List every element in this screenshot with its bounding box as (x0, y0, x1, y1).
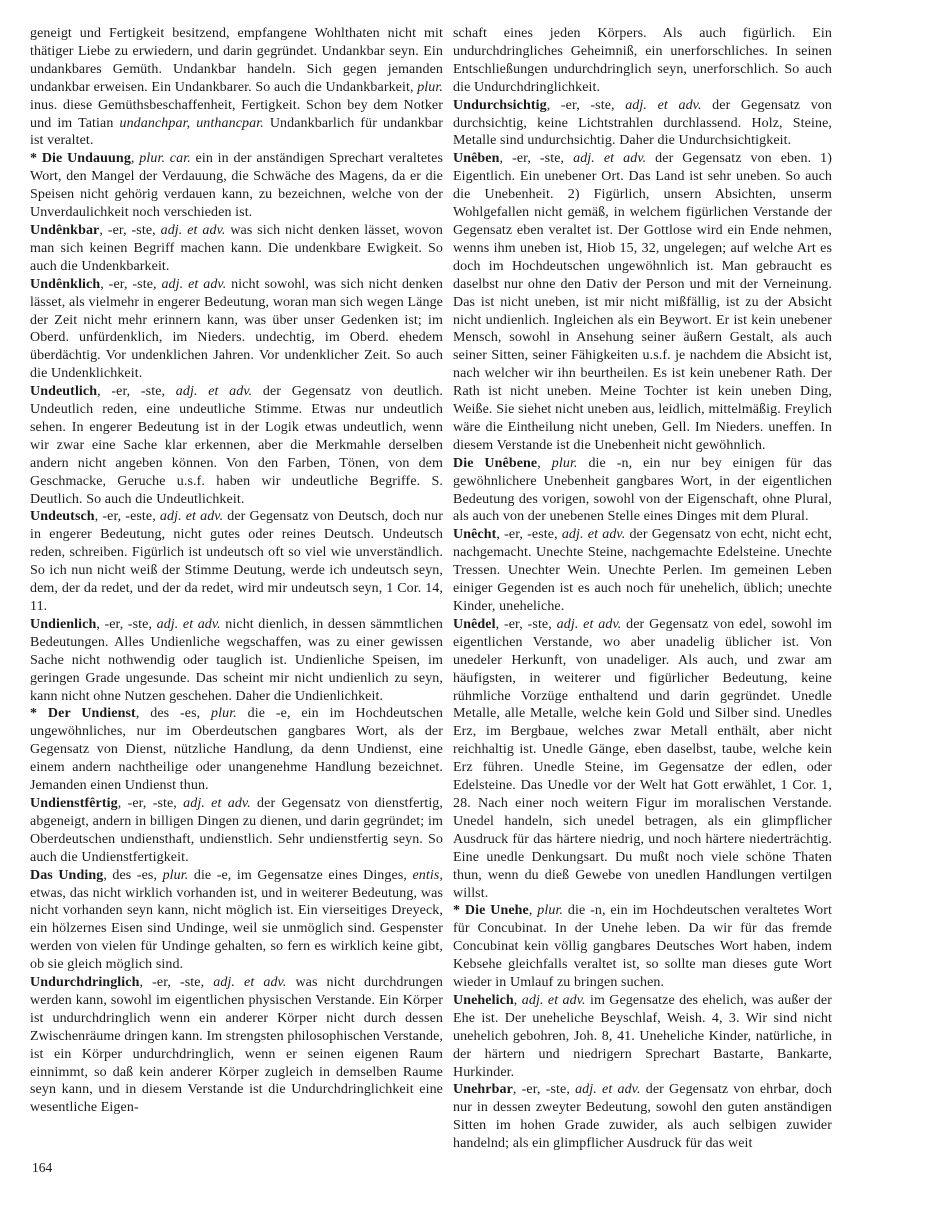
dictionary-entry: Undienlich, -er, -ste, adj. et adv. nich… (30, 616, 443, 706)
headword: Undeutlich (30, 384, 97, 399)
grammar-label: adj. et adv. (176, 384, 252, 399)
headword: * Die Undauung (30, 151, 131, 166)
headword: Unêdel (453, 617, 496, 632)
headword: Undeutsch (30, 509, 95, 524)
dictionary-entry: Undênklich, -er, -ste, adj. et adv. nich… (30, 276, 443, 383)
dictionary-entry: geneigt und Fertigkeit besitzend, empfan… (30, 25, 443, 150)
entry-text: , (537, 456, 552, 471)
entry-text: , -er, -este, (496, 527, 561, 542)
entry-text: was nicht durchdrungen werden kann, sowo… (30, 975, 443, 1115)
headword: * Die Unehe (453, 903, 529, 918)
headword: Undienlich (30, 617, 96, 632)
grammar-label: plur. (537, 903, 563, 918)
dictionary-entry: Unêdel, -er, -ste, adj. et adv. der Gege… (453, 616, 832, 903)
headword: Unêben (453, 151, 500, 166)
entry-text: , des -es, (136, 706, 211, 721)
entry-text: , -er, -ste, (96, 617, 156, 632)
grammar-label: plur. car. (139, 151, 191, 166)
grammar-label: adj. et adv. (575, 1082, 640, 1097)
dictionary-entry: Unehrbar, -er, -ste, adj. et adv. der Ge… (453, 1081, 832, 1153)
grammar-label: adj. et adv. (573, 151, 646, 166)
dictionary-entry: Unêcht, -er, -este, adj. et adv. der Geg… (453, 526, 832, 616)
entry-text: der Gegensatz von deutlich. Undeutlich r… (30, 384, 443, 506)
grammar-label: entis, (412, 868, 443, 883)
entry-text: , -er, -ste, (100, 277, 161, 292)
grammar-label: adj. et adv. (157, 617, 221, 632)
headword: Das Unding (30, 868, 103, 883)
grammar-label: adj. et adv. (160, 509, 223, 524)
dictionary-entry: Undeutlich, -er, -ste, adj. et adv. der … (30, 383, 443, 508)
dictionary-entry: Undurchdringlich, -er, -ste, adj. et adv… (30, 974, 443, 1117)
dictionary-entry: Undênkbar, -er, -ste, adj. et adv. was s… (30, 222, 443, 276)
headword: Undurchdringlich (30, 975, 140, 990)
grammar-label: adj. et adv. (562, 527, 625, 542)
dictionary-entry: * Die Undauung, plur. car. ein in der an… (30, 150, 443, 222)
entry-text: , (131, 151, 139, 166)
headword: * Der Undienst (30, 706, 136, 721)
headword: Undienstfêrtig (30, 796, 118, 811)
page-number: 164 (32, 1160, 52, 1176)
entry-text: , (529, 903, 537, 918)
headword: Undênkbar (30, 223, 99, 238)
grammar-label: adj. et adv. (557, 617, 622, 632)
grammar-label: plur. (211, 706, 237, 721)
grammar-label: adj. et adv. (183, 796, 251, 811)
left-column: geneigt und Fertigkeit besitzend, empfan… (30, 25, 443, 1153)
headword: Undênklich (30, 277, 100, 292)
dictionary-entry: * Der Undienst, des -es, plur. die -e, e… (30, 705, 443, 795)
entry-text: , -er, -ste, (99, 223, 160, 238)
text-columns: geneigt und Fertigkeit besitzend, empfan… (30, 25, 832, 1153)
grammar-label: plur. (163, 868, 189, 883)
entry-text: , (514, 993, 522, 1008)
headword: Unehrbar (453, 1082, 513, 1097)
dictionary-entry: Undienstfêrtig, -er, -ste, adj. et adv. … (30, 795, 443, 867)
entry-text: , -er, -este, (95, 509, 160, 524)
grammar-label: plur. (417, 80, 443, 95)
entry-text: geneigt und Fertigkeit besitzend, empfan… (30, 26, 443, 95)
dictionary-entry: Undurchsichtig, -er, -ste, adj. et adv. … (453, 97, 832, 151)
grammar-label: adj. et adv. (213, 975, 286, 990)
entry-text: , des -es, (103, 868, 162, 883)
right-column: schaft eines jeden Körpers. Als auch fig… (453, 25, 832, 1153)
entry-text: , -er, -ste, (97, 384, 176, 399)
entry-text: nicht sowohl, was sich nicht denken läss… (30, 277, 443, 382)
entry-text: , -er, -ste, (140, 975, 214, 990)
dictionary-entry: Undeutsch, -er, -este, adj. et adv. der … (30, 508, 443, 615)
grammar-label: adj. et adv. (625, 98, 701, 113)
dictionary-entry: * Die Unehe, plur. die -n, ein im Hochde… (453, 902, 832, 992)
dictionary-entry: Die Unêbene, plur. die -n, ein nur bey e… (453, 455, 832, 527)
headword: Unêcht (453, 527, 496, 542)
grammar-label: adj. et adv. (161, 223, 226, 238)
entry-text: schaft eines jeden Körpers. Als auch fig… (453, 26, 832, 95)
entry-text: , -er, -ste, (118, 796, 183, 811)
dictionary-page: geneigt und Fertigkeit besitzend, empfan… (0, 0, 935, 1210)
grammar-label: adj. et adv. (161, 277, 226, 292)
entry-text: , -er, -ste, (496, 617, 557, 632)
grammar-label: adj. et adv. (522, 993, 586, 1008)
dictionary-entry: Unehelich, adj. et adv. im Gegensatze de… (453, 992, 832, 1082)
entry-text: , -er, -ste, (547, 98, 625, 113)
entry-text: der Gegensatz von eben. 1) Eigentlich. E… (453, 151, 832, 453)
headword: Undurchsichtig (453, 98, 547, 113)
headword: Unehelich (453, 993, 514, 1008)
dictionary-entry: Das Unding, des -es, plur. die -e, im Ge… (30, 867, 443, 974)
dictionary-entry: Unêben, -er, -ste, adj. et adv. der Gege… (453, 150, 832, 454)
grammar-label: undanchpar, unthancpar. (119, 116, 263, 131)
entry-text: , -er, -ste, (500, 151, 574, 166)
entry-text: etwas, das nicht wirklich vorhanden ist,… (30, 886, 443, 973)
entry-text: , -er, -ste, (513, 1082, 575, 1097)
grammar-label: plur. (552, 456, 578, 471)
headword: Die Unêbene (453, 456, 537, 471)
entry-text: der Gegensatz von Deutsch, doch nur in e… (30, 509, 443, 614)
dictionary-entry: schaft eines jeden Körpers. Als auch fig… (453, 25, 832, 97)
entry-text: die -e, im Gegensatze eines Dinges, (188, 868, 412, 883)
entry-text: der Gegensatz von edel, sowohl im eigent… (453, 617, 832, 901)
